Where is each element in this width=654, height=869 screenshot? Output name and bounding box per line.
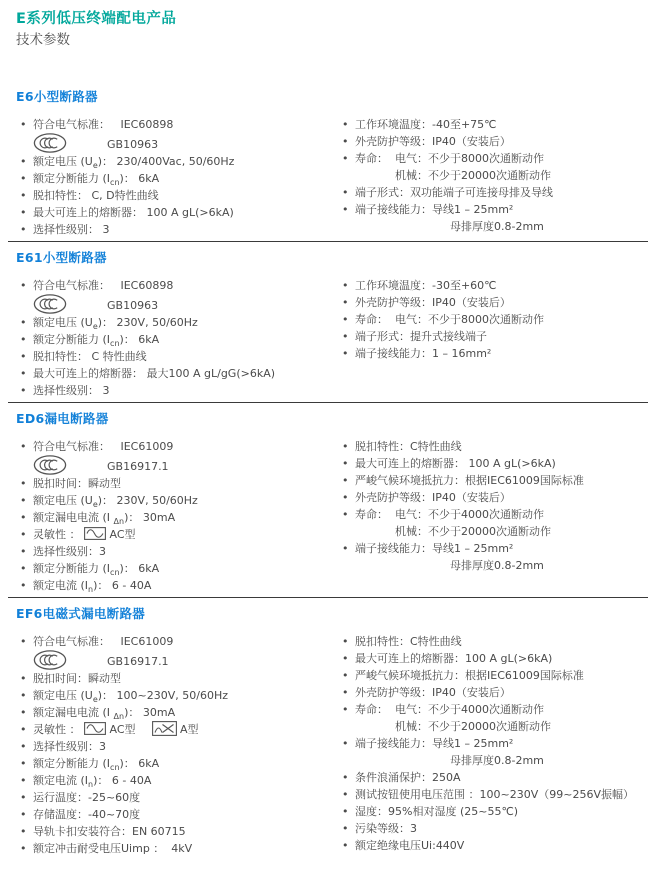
spec-line: 污染等级：3 (355, 820, 646, 837)
spec-item-content: 脱扣特性：C特性曲线 (355, 633, 646, 650)
spec-item-content: 选择性级别： 3 (33, 221, 338, 238)
spec-line: 最大可连上的熔断器： 100 A gL(>6kA) (33, 204, 338, 221)
left-column: •符合电气标准： IEC61009GB16917.1•脱扣时间：瞬动型•额定电压… (16, 633, 338, 857)
bullet-icon: • (20, 526, 33, 543)
spec-line: 端子接线能力：导线1 – 25mm² (355, 735, 646, 752)
spec-text: A型 (177, 723, 199, 736)
spec-item: •脱扣特性：C特性曲线 (338, 438, 646, 455)
spec-text: 额定绝缘电压Ui:440V (355, 839, 464, 852)
bullet-icon: • (20, 755, 33, 772)
spec-text: 额定冲击耐受电压Uimp ： 4kV (33, 842, 192, 855)
spec-text: GB10963 (107, 138, 158, 151)
spec-text: 脱扣特性： C, D特性曲线 (33, 189, 159, 202)
spec-text: )： 100~230V, 50/60Hz (98, 689, 228, 702)
spec-item-content: 额定电流 (In)： 6 - 40A (33, 772, 338, 789)
spec-text: 母排厚度0.8-2mm (450, 220, 544, 233)
spec-text: 符合电气标准： IEC61009 (33, 635, 173, 648)
spec-line: 选择性级别：3 (33, 543, 338, 560)
spec-text: 最大可连上的熔断器： 最大100 A gL/gG(>6kA) (33, 367, 275, 380)
spec-item: •符合电气标准： IEC61009GB16917.1 (16, 633, 338, 670)
spec-line: GB10963 (33, 294, 338, 314)
spec-line: 工作环境温度：-40至+75℃ (355, 116, 646, 133)
bullet-icon: • (20, 204, 33, 221)
spec-text: 端子接线能力：1 – 16mm² (355, 347, 491, 360)
bullet-icon: • (20, 704, 33, 721)
spec-item-content: 严峻气候环境抵抗力：根据IEC61009国际标准 (355, 667, 646, 684)
bullet-icon: • (342, 184, 355, 201)
bullet-icon: • (20, 170, 33, 187)
spec-text: 额定电压 (U (33, 494, 93, 507)
spec-item-content: 选择性级别：3 (33, 543, 338, 560)
spec-item: •端子接线能力：导线1 – 25mm²母排厚度0.8-2mm (338, 735, 646, 769)
ac-type-icon (84, 527, 106, 540)
spec-item-content: 端子形式：双功能端子可连接母排及导线 (355, 184, 646, 201)
spec-text: 母排厚度0.8-2mm (450, 559, 544, 572)
spec-text: 最大可连上的熔断器： 100 A gL(>6kA) (33, 206, 234, 219)
bullet-icon: • (20, 823, 33, 840)
spec-item: •选择性级别：3 (16, 738, 338, 755)
spec-text: 运行温度：-25~60度 (33, 791, 140, 804)
spec-item-content: 额定冲击耐受电压Uimp ： 4kV (33, 840, 338, 857)
spec-text: AC型 (106, 528, 136, 541)
bullet-icon: • (20, 187, 33, 204)
bullet-icon: • (20, 475, 33, 492)
ccc-mark-icon (33, 455, 67, 475)
spec-line: 额定分断能力 (Icn)： 6kA (33, 331, 338, 348)
spec-line: 最大可连上的熔断器： 100 A gL(>6kA) (355, 455, 646, 472)
spec-text: 机械：不少于20000次通断动作 (395, 169, 551, 182)
bullet-icon: • (20, 721, 33, 738)
spec-item-content: 脱扣特性： C 特性曲线 (33, 348, 338, 365)
spec-line: GB16917.1 (33, 455, 338, 475)
spec-text: 端子形式：双功能端子可连接母排及导线 (355, 186, 553, 199)
spec-item: •最大可连上的熔断器： 100 A gL(>6kA) (16, 204, 338, 221)
spec-line: 机械：不少于20000次通断动作 (355, 167, 646, 184)
bullet-icon: • (20, 314, 33, 331)
spec-line: 机械：不少于20000次通断动作 (355, 718, 646, 735)
spec-line: 导轨卡扣安装符合：EN 60715 (33, 823, 338, 840)
spec-text: 最大可连上的熔断器：100 A gL(>6kA) (355, 652, 552, 665)
right-column: •工作环境温度：-40至+75℃•外壳防护等级：IP40（安装后）•寿命： 电气… (338, 116, 646, 235)
spec-item-content: 最大可连上的熔断器： 100 A gL(>6kA) (355, 455, 646, 472)
spec-item-content: 寿命： 电气：不少于8000次通断动作 (355, 311, 646, 328)
spec-item-content: 符合电气标准： IEC61009GB16917.1 (33, 633, 338, 670)
spec-item-content: 额定绝缘电压Ui:440V (355, 837, 646, 854)
spec-item-content: 符合电气标准： IEC60898GB10963 (33, 116, 338, 153)
bullet-icon: • (342, 489, 355, 506)
spec-item: •最大可连上的熔断器：100 A gL(>6kA) (338, 650, 646, 667)
spec-line: 额定分断能力 (Icn)： 6kA (33, 755, 338, 772)
bullet-icon: • (342, 294, 355, 311)
spec-item-content: 外壳防护等级：IP40（安装后） (355, 489, 646, 506)
spec-item-content: 最大可连上的熔断器： 最大100 A gL/gG(>6kA) (33, 365, 338, 382)
spec-item: •脱扣时间：瞬动型 (16, 670, 338, 687)
spec-text: 脱扣特性： C 特性曲线 (33, 350, 147, 363)
spec-text: )： 6kA (120, 333, 160, 346)
bullet-icon: • (342, 820, 355, 837)
bullet-icon: • (342, 472, 355, 489)
spec-item: •端子形式：双功能端子可连接母排及导线 (338, 184, 646, 201)
spec-item-content: 外壳防护等级：IP40（安装后） (355, 294, 646, 311)
spec-item: •灵敏性 ： AC型 (16, 526, 338, 543)
spec-item-content: 额定分断能力 (Icn)： 6kA (33, 560, 338, 577)
spec-line: 额定冲击耐受电压Uimp ： 4kV (33, 840, 338, 857)
spec-text: 母排厚度0.8-2mm (450, 754, 544, 767)
spec-line: 额定电压 (Ue)： 230V, 50/60Hz (33, 492, 338, 509)
spec-text: )： 230V, 50/60Hz (98, 494, 198, 507)
bullet-icon: • (342, 116, 355, 133)
spec-item-content: 脱扣特性： C, D特性曲线 (33, 187, 338, 204)
spec-item-content: 最大可连上的熔断器： 100 A gL(>6kA) (33, 204, 338, 221)
spec-item: •工作环境温度：-40至+75℃ (338, 116, 646, 133)
spec-text: 端子形式：提升式接线端子 (355, 330, 487, 343)
spec-line: 额定电流 (In)： 6 - 40A (33, 577, 338, 594)
spec-text: GB16917.1 (107, 655, 169, 668)
bullet-icon: • (20, 438, 33, 475)
section-e61: E61小型断路器•符合电气标准： IEC60898GB10963•额定电压 (U… (16, 250, 646, 399)
spec-item: •脱扣时间：瞬动型 (16, 475, 338, 492)
spec-line: 外壳防护等级：IP40（安装后） (355, 133, 646, 150)
spec-item: •端子接线能力：1 – 16mm² (338, 345, 646, 362)
spec-item: •额定电压 (Ue)： 230V, 50/60Hz (16, 314, 338, 331)
spec-line: 符合电气标准： IEC61009 (33, 438, 338, 455)
spec-text: )： 6kA (120, 562, 160, 575)
section-title: E6小型断路器 (16, 89, 646, 105)
spec-item-content: 存储温度：-40~70度 (33, 806, 338, 823)
spec-line: 额定分断能力 (Icn)： 6kA (33, 170, 338, 187)
spec-item: •额定漏电电流 (I Δn)： 30mA (16, 704, 338, 721)
bullet-icon: • (20, 116, 33, 153)
spec-item: •存储温度：-40~70度 (16, 806, 338, 823)
spec-line: 脱扣特性：C特性曲线 (355, 438, 646, 455)
spec-text: 机械：不少于20000次通断动作 (395, 720, 551, 733)
spec-text: 脱扣时间：瞬动型 (33, 477, 121, 490)
spec-text: 机械：不少于20000次通断动作 (395, 525, 551, 538)
spec-text: 寿命： 电气：不少于8000次通断动作 (355, 313, 544, 326)
bullet-icon: • (342, 769, 355, 786)
spec-text: 灵敏性 ： (33, 723, 84, 736)
section-columns: •符合电气标准： IEC61009GB16917.1•脱扣时间：瞬动型•额定电压… (16, 633, 646, 857)
spec-line: 湿度：95%相对湿度 (25~55℃) (355, 803, 646, 820)
spec-item: •额定电流 (In)： 6 - 40A (16, 772, 338, 789)
spec-item: •额定分断能力 (Icn)： 6kA (16, 170, 338, 187)
spec-line: 额定电流 (In)： 6 - 40A (33, 772, 338, 789)
bullet-icon: • (20, 738, 33, 755)
spec-text: )： 230/400Vac, 50/60Hz (98, 155, 235, 168)
spec-item-content: 选择性级别：3 (33, 738, 338, 755)
bullet-icon: • (20, 543, 33, 560)
section-ed6: ED6漏电断路器•符合电气标准： IEC61009GB16917.1•脱扣时间：… (16, 411, 646, 594)
spec-line: 额定漏电电流 (I Δn)： 30mA (33, 509, 338, 526)
bullet-icon: • (342, 277, 355, 294)
spec-line: GB10963 (33, 133, 338, 153)
spec-text: )： 230V, 50/60Hz (98, 316, 198, 329)
bullet-icon: • (342, 701, 355, 735)
left-column: •符合电气标准： IEC60898GB10963•额定电压 (Ue)： 230/… (16, 116, 338, 238)
spec-item: •额定电流 (In)： 6 - 40A (16, 577, 338, 594)
subscript-text: Δn (114, 517, 125, 526)
spec-text: 端子接线能力：导线1 – 25mm² (355, 203, 513, 216)
spec-item-content: 灵敏性 ： AC型 A型 (33, 721, 338, 738)
spec-line: 符合电气标准： IEC60898 (33, 116, 338, 133)
bullet-icon: • (342, 786, 355, 803)
bullet-icon: • (20, 153, 33, 170)
spec-item-content: 端子接线能力：导线1 – 25mm²母排厚度0.8-2mm (355, 735, 646, 769)
bullet-icon: • (20, 560, 33, 577)
bullet-icon: • (342, 803, 355, 820)
spec-item: •工作环境温度：-30至+60℃ (338, 277, 646, 294)
spec-text: )： 6kA (120, 757, 160, 770)
spec-item: •额定电压 (Ue)： 230/400Vac, 50/60Hz (16, 153, 338, 170)
left-column: •符合电气标准： IEC61009GB16917.1•脱扣时间：瞬动型•额定电压… (16, 438, 338, 594)
spec-line: 严峻气候环境抵抗力：根据IEC61009国际标准 (355, 472, 646, 489)
bullet-icon: • (342, 633, 355, 650)
section-ef6: EF6电磁式漏电断路器•符合电气标准： IEC61009GB16917.1•脱扣… (16, 606, 646, 857)
bullet-icon: • (342, 684, 355, 701)
spec-text: 选择性级别：3 (33, 740, 106, 753)
spec-line: 端子接线能力：导线1 – 25mm² (355, 201, 646, 218)
spec-line: 端子接线能力：1 – 16mm² (355, 345, 646, 362)
spec-item: •严峻气候环境抵抗力：根据IEC61009国际标准 (338, 472, 646, 489)
spec-line: 测试按钮使用电压范围 ：100~230V（99~256V振幅） (355, 786, 646, 803)
spec-line: 选择性级别：3 (33, 738, 338, 755)
spec-line: 寿命： 电气：不少于4000次通断动作 (355, 506, 646, 523)
bullet-icon: • (342, 455, 355, 472)
spec-line: 额定漏电电流 (I Δn)： 30mA (33, 704, 338, 721)
ac-type-icon (84, 722, 106, 735)
spec-text: 额定分断能力 (I (33, 757, 110, 770)
section-divider (8, 241, 648, 242)
bullet-icon: • (342, 506, 355, 540)
spec-text: 寿命： 电气：不少于4000次通断动作 (355, 703, 544, 716)
spec-item-content: 额定漏电电流 (I Δn)： 30mA (33, 509, 338, 526)
bullet-icon: • (20, 772, 33, 789)
spec-line: 外壳防护等级：IP40（安装后） (355, 294, 646, 311)
bullet-icon: • (20, 492, 33, 509)
spec-text: 污染等级：3 (355, 822, 417, 835)
spec-item-content: 工作环境温度：-30至+60℃ (355, 277, 646, 294)
spec-text: 额定电压 (U (33, 155, 93, 168)
bullet-icon: • (20, 670, 33, 687)
spec-item-content: 脱扣特性：C特性曲线 (355, 438, 646, 455)
spec-text: 额定分断能力 (I (33, 172, 110, 185)
spec-item: •额定绝缘电压Ui:440V (338, 837, 646, 854)
bullet-icon: • (342, 650, 355, 667)
spec-item-content: 测试按钮使用电压范围 ：100~230V（99~256V振幅） (355, 786, 646, 803)
subscript-text: cn (110, 178, 119, 187)
spec-line: 额定电压 (Ue)： 230/400Vac, 50/60Hz (33, 153, 338, 170)
section-title: EF6电磁式漏电断路器 (16, 606, 646, 622)
spec-item: •寿命： 电气：不少于4000次通断动作机械：不少于20000次通断动作 (338, 506, 646, 540)
spec-item: •选择性级别： 3 (16, 382, 338, 399)
spec-item-content: 额定电压 (Ue)： 230V, 50/60Hz (33, 492, 338, 509)
bullet-icon: • (342, 735, 355, 769)
spec-item: •额定分断能力 (Icn)： 6kA (16, 560, 338, 577)
spec-item: •测试按钮使用电压范围 ：100~230V（99~256V振幅） (338, 786, 646, 803)
spec-line: 母排厚度0.8-2mm (355, 752, 646, 769)
spec-text: 导轨卡扣安装符合：EN 60715 (33, 825, 186, 838)
subscript-text: Δn (114, 712, 125, 721)
spec-line: 机械：不少于20000次通断动作 (355, 523, 646, 540)
spec-text: GB10963 (107, 299, 158, 312)
spec-item-content: 额定电压 (Ue)： 230V, 50/60Hz (33, 314, 338, 331)
spec-item: •符合电气标准： IEC60898GB10963 (16, 116, 338, 153)
section-divider (8, 402, 648, 403)
left-column: •符合电气标准： IEC60898GB10963•额定电压 (Ue)： 230V… (16, 277, 338, 399)
spec-item: •外壳防护等级：IP40（安装后） (338, 489, 646, 506)
bullet-icon: • (20, 806, 33, 823)
spec-line: 存储温度：-40~70度 (33, 806, 338, 823)
spec-line: 脱扣特性： C, D特性曲线 (33, 187, 338, 204)
spec-text: 工作环境温度：-40至+75℃ (355, 118, 497, 131)
bullet-icon: • (342, 345, 355, 362)
spec-item: •湿度：95%相对湿度 (25~55℃) (338, 803, 646, 820)
spec-item: •灵敏性 ： AC型 A型 (16, 721, 338, 738)
spec-item-content: 运行温度：-25~60度 (33, 789, 338, 806)
spec-item: •额定冲击耐受电压Uimp ： 4kV (16, 840, 338, 857)
bullet-icon: • (20, 789, 33, 806)
section-title: ED6漏电断路器 (16, 411, 646, 427)
spec-item: •符合电气标准： IEC60898GB10963 (16, 277, 338, 314)
spec-item-content: 严峻气候环境抵抗力：根据IEC61009国际标准 (355, 472, 646, 489)
spec-item-content: 湿度：95%相对湿度 (25~55℃) (355, 803, 646, 820)
spec-text: 符合电气标准： IEC60898 (33, 279, 173, 292)
bullet-icon: • (342, 837, 355, 854)
spec-text: 灵敏性 ： (33, 528, 84, 541)
spec-item-content: 选择性级别： 3 (33, 382, 338, 399)
spec-line: 脱扣时间：瞬动型 (33, 475, 338, 492)
spec-line: 寿命： 电气：不少于8000次通断动作 (355, 311, 646, 328)
right-column: •脱扣特性：C特性曲线•最大可连上的熔断器： 100 A gL(>6kA)•严峻… (338, 438, 646, 574)
spec-item: •额定分断能力 (Icn)： 6kA (16, 755, 338, 772)
spec-item-content: 额定电压 (Ue)： 100~230V, 50/60Hz (33, 687, 338, 704)
spec-line: 母排厚度0.8-2mm (355, 218, 646, 235)
spec-line: 最大可连上的熔断器： 最大100 A gL/gG(>6kA) (33, 365, 338, 382)
spec-item-content: 寿命： 电气：不少于8000次通断动作机械：不少于20000次通断动作 (355, 150, 646, 184)
spec-line: 端子接线能力：导线1 – 25mm² (355, 540, 646, 557)
spec-text: GB16917.1 (107, 460, 169, 473)
spec-item: •脱扣特性：C特性曲线 (338, 633, 646, 650)
bullet-icon: • (342, 328, 355, 345)
spec-item: •最大可连上的熔断器： 100 A gL(>6kA) (338, 455, 646, 472)
spec-item-content: 额定漏电电流 (I Δn)： 30mA (33, 704, 338, 721)
spec-line: 最大可连上的熔断器：100 A gL(>6kA) (355, 650, 646, 667)
spec-line: 条件浪涌保护：250A (355, 769, 646, 786)
spec-text: 额定分断能力 (I (33, 333, 110, 346)
spec-line: 选择性级别： 3 (33, 221, 338, 238)
page-subtitle: 技术参数 (16, 31, 646, 49)
bullet-icon: • (342, 438, 355, 455)
section-e6: E6小型断路器•符合电气标准： IEC60898GB10963•额定电压 (Ue… (16, 89, 646, 238)
bullet-icon: • (20, 687, 33, 704)
bullet-icon: • (20, 277, 33, 314)
spec-line: 符合电气标准： IEC61009 (33, 633, 338, 650)
right-column: •工作环境温度：-30至+60℃•外壳防护等级：IP40（安装后）•寿命： 电气… (338, 277, 646, 362)
bullet-icon: • (20, 331, 33, 348)
spec-text: )： 6 - 40A (93, 774, 151, 787)
spec-item-content: 条件浪涌保护：250A (355, 769, 646, 786)
spec-item: •外壳防护等级：IP40（安装后） (338, 684, 646, 701)
spec-item: •寿命： 电气：不少于4000次通断动作机械：不少于20000次通断动作 (338, 701, 646, 735)
spec-text: 额定漏电电流 (I (33, 706, 114, 719)
spec-item-content: 脱扣时间：瞬动型 (33, 475, 338, 492)
spec-item: •符合电气标准： IEC61009GB16917.1 (16, 438, 338, 475)
spec-line: 选择性级别： 3 (33, 382, 338, 399)
spec-item-content: 端子接线能力：1 – 16mm² (355, 345, 646, 362)
spec-text: 端子接线能力：导线1 – 25mm² (355, 542, 513, 555)
spec-item: •脱扣特性： C, D特性曲线 (16, 187, 338, 204)
bullet-icon: • (20, 382, 33, 399)
spec-item-content: 额定分断能力 (Icn)： 6kA (33, 170, 338, 187)
spec-line: 灵敏性 ： AC型 (33, 526, 338, 543)
spec-text: 额定电流 (I (33, 579, 88, 592)
spec-item: •选择性级别： 3 (16, 221, 338, 238)
page-title: E系列低压终端配电产品 (16, 10, 646, 28)
spec-item-content: 最大可连上的熔断器：100 A gL(>6kA) (355, 650, 646, 667)
spec-line: 寿命： 电气：不少于4000次通断动作 (355, 701, 646, 718)
spec-item-content: 额定电压 (Ue)： 230/400Vac, 50/60Hz (33, 153, 338, 170)
spec-text: 存储温度：-40~70度 (33, 808, 140, 821)
spec-text: )： 6 - 40A (93, 579, 151, 592)
spec-item: •脱扣特性： C 特性曲线 (16, 348, 338, 365)
section-divider (8, 597, 648, 598)
spec-item-content: 额定电流 (In)： 6 - 40A (33, 577, 338, 594)
spec-line: 工作环境温度：-30至+60℃ (355, 277, 646, 294)
spec-line: 额定绝缘电压Ui:440V (355, 837, 646, 854)
spec-line: 严峻气候环境抵抗力：根据IEC61009国际标准 (355, 667, 646, 684)
spec-item: •污染等级：3 (338, 820, 646, 837)
spec-item: •寿命： 电气：不少于8000次通断动作机械：不少于20000次通断动作 (338, 150, 646, 184)
bullet-icon: • (20, 221, 33, 238)
spec-item: •运行温度：-25~60度 (16, 789, 338, 806)
spec-line: 灵敏性 ： AC型 A型 (33, 721, 338, 738)
spec-text: )： 30mA (124, 706, 175, 719)
spec-text: AC型 (106, 723, 136, 736)
spec-line: GB16917.1 (33, 650, 338, 670)
spec-line: 端子形式：双功能端子可连接母排及导线 (355, 184, 646, 201)
bullet-icon: • (342, 667, 355, 684)
spec-item: •选择性级别：3 (16, 543, 338, 560)
spec-line: 脱扣特性： C 特性曲线 (33, 348, 338, 365)
spec-item-content: 额定分断能力 (Icn)： 6kA (33, 755, 338, 772)
bullet-icon: • (342, 311, 355, 328)
spec-text: 脱扣特性：C特性曲线 (355, 440, 462, 453)
bullet-icon: • (342, 150, 355, 184)
spec-text: 选择性级别： 3 (33, 223, 110, 236)
spec-text: 寿命： 电气：不少于4000次通断动作 (355, 508, 544, 521)
spec-item-content: 符合电气标准： IEC61009GB16917.1 (33, 438, 338, 475)
spec-sections: E6小型断路器•符合电气标准： IEC60898GB10963•额定电压 (Ue… (16, 89, 646, 857)
spec-item-content: 外壳防护等级：IP40（安装后） (355, 133, 646, 150)
spec-item: •额定电压 (Ue)： 100~230V, 50/60Hz (16, 687, 338, 704)
spec-item: •导轨卡扣安装符合：EN 60715 (16, 823, 338, 840)
spec-text: 符合电气标准： IEC61009 (33, 440, 173, 453)
bullet-icon: • (20, 633, 33, 670)
spec-text: 符合电气标准： IEC60898 (33, 118, 173, 131)
spec-text: 额定电压 (U (33, 689, 93, 702)
spec-item-content: 脱扣时间：瞬动型 (33, 670, 338, 687)
spec-line: 符合电气标准： IEC60898 (33, 277, 338, 294)
spec-item: •额定分断能力 (Icn)： 6kA (16, 331, 338, 348)
spec-line: 脱扣特性：C特性曲线 (355, 633, 646, 650)
spec-line: 脱扣时间：瞬动型 (33, 670, 338, 687)
bullet-icon: • (20, 577, 33, 594)
spec-text: 端子接线能力：导线1 – 25mm² (355, 737, 513, 750)
spec-item: •寿命： 电气：不少于8000次通断动作 (338, 311, 646, 328)
spec-line: 端子形式：提升式接线端子 (355, 328, 646, 345)
bullet-icon: • (20, 348, 33, 365)
right-column: •脱扣特性：C特性曲线•最大可连上的熔断器：100 A gL(>6kA)•严峻气… (338, 633, 646, 854)
